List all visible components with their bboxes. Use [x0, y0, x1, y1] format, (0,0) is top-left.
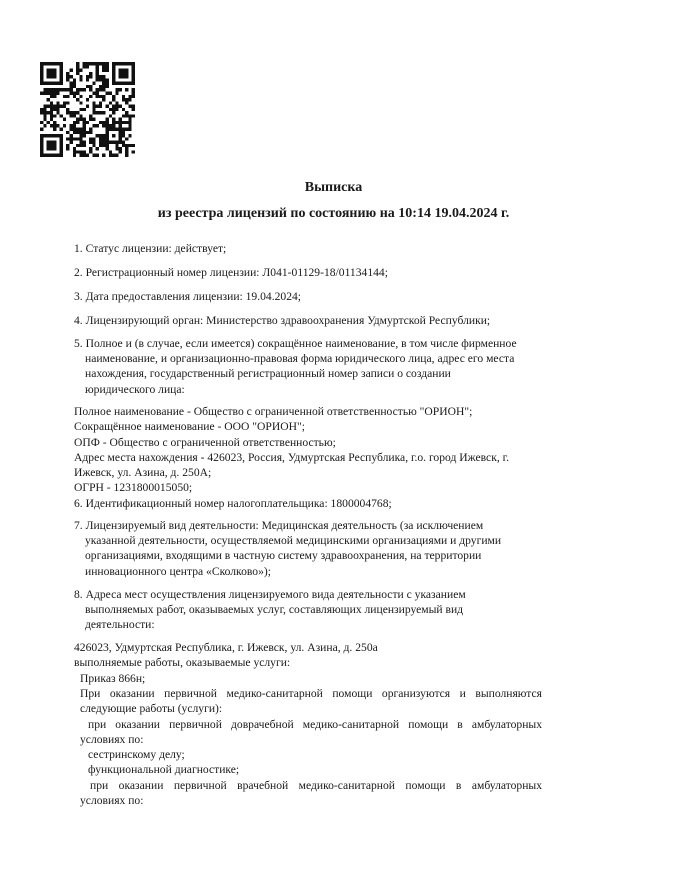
item-inn: 6. Идентификационный номер налогоплатель… — [74, 496, 392, 511]
item-activity-type: 7. Лицензируемый вид деятельности: Медиц… — [74, 518, 544, 579]
org-address-cont: Ижевск, ул. Азина, д. 250А; — [74, 465, 509, 480]
service-nursing: сестринскому делу; — [74, 747, 542, 762]
org-full-name: Полное наименование - Общество с огранич… — [74, 404, 509, 419]
service-functional-diagnostics: функциональной диагностике; — [74, 762, 542, 777]
org-short-name: Сокращённое наименование - ООО "ОРИОН"; — [74, 419, 509, 434]
works-label: выполняемые работы, оказываемые услуги: — [74, 655, 378, 670]
item-licensing-authority: 4. Лицензирующий орган: Министерство здр… — [74, 313, 490, 328]
doctorless-care-line: при оказании первичной доврачебной медик… — [74, 717, 542, 732]
order-reference: Приказ 866н; — [74, 671, 378, 686]
doctor-care-line: при оказании первичной врачебной медико-… — [74, 778, 542, 793]
org-ogrn: ОГРН - 1231800015050; — [74, 480, 509, 495]
item-legal-entity-info: 5. Полное и (в случае, если имеется) сок… — [74, 336, 544, 397]
org-legal-form: ОПФ - Общество с ограниченной ответствен… — [74, 435, 509, 450]
document-subtitle: из реестра лицензий по состоянию на 10:1… — [0, 206, 679, 222]
document-title: Выписка — [0, 180, 679, 196]
organization-details: Полное наименование - Общество с огранич… — [74, 404, 509, 496]
item-license-status: 1. Статус лицензии: действует; — [74, 241, 226, 256]
activity-address-block: 426023, Удмуртская Республика, г. Ижевск… — [74, 640, 378, 686]
item-activity-addresses: 8. Адреса мест осуществления лицензируем… — [74, 587, 544, 633]
item-issue-date: 3. Дата предоставления лицензии: 19.04.2… — [74, 289, 301, 304]
item-registration-number: 2. Регистрационный номер лицензии: Л041-… — [74, 265, 388, 280]
org-address: Адрес места нахождения - 426023, Россия,… — [74, 450, 509, 465]
activity-address: 426023, Удмуртская Республика, г. Ижевск… — [74, 640, 378, 655]
pmsp-line: При оказании первичной медико-санитарной… — [74, 686, 542, 701]
services-list: При оказании первичной медико-санитарной… — [74, 686, 542, 808]
qr-code — [40, 62, 135, 157]
